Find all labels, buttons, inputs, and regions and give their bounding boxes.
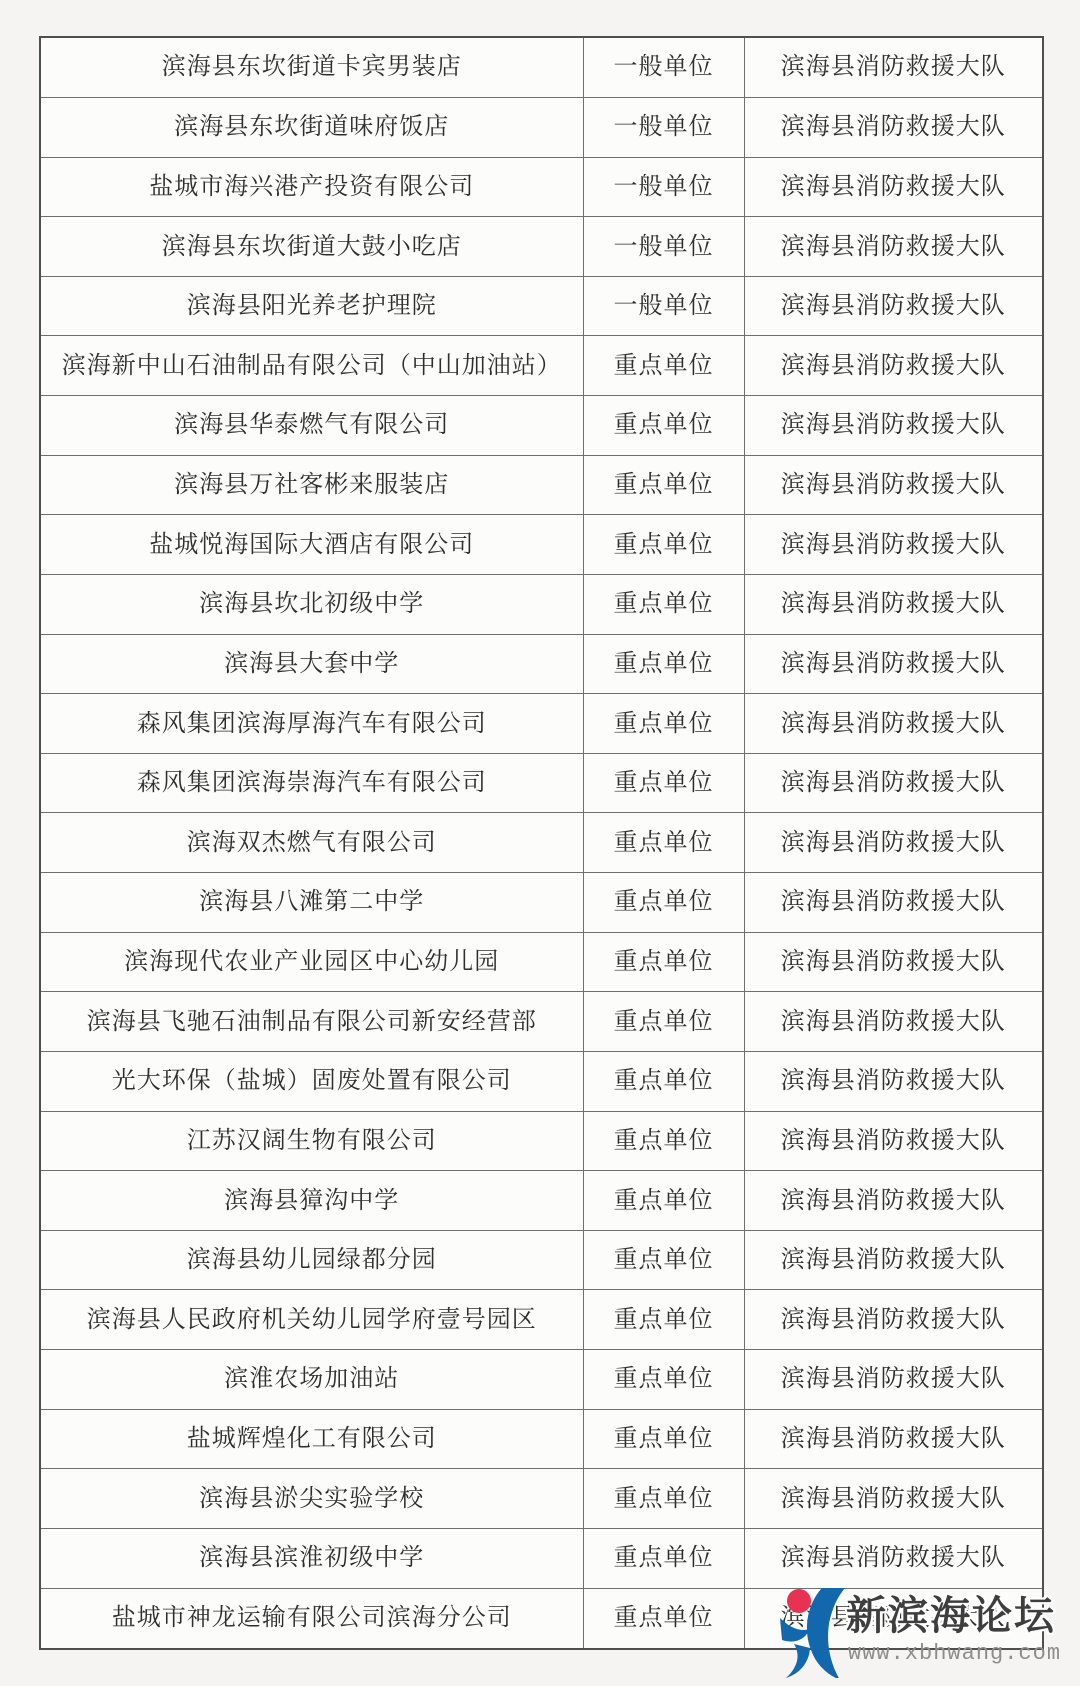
unit-type-cell: 重点单位 — [583, 455, 744, 515]
unit-name-cell: 滨海县坎北初级中学 — [40, 574, 583, 634]
unit-name-cell: 滨海县幼儿园绿都分园 — [40, 1230, 583, 1290]
unit-name-cell: 滨海新中山石油制品有限公司（中山加油站） — [40, 336, 583, 396]
table-row: 滨海县东坎街道卡宾男装店 一般单位 滨海县消防救援大队 — [40, 37, 1043, 97]
unit-name-cell: 光大环保（盐城）固废处置有限公司 — [40, 1051, 583, 1111]
table-row: 滨海现代农业产业园区中心幼儿园 重点单位 滨海县消防救援大队 — [40, 932, 1043, 992]
unit-type-cell: 重点单位 — [583, 1111, 744, 1171]
unit-name-cell: 滨海县飞驰石油制品有限公司新安经营部 — [40, 992, 583, 1052]
brigade-cell: 滨海县消防救援大队 — [744, 1409, 1043, 1469]
unit-name-cell: 滨海县大套中学 — [40, 634, 583, 694]
table-row: 滨淮农场加油站 重点单位 滨海县消防救援大队 — [40, 1350, 1043, 1410]
table-row: 滨海县东坎街道味府饭店 一般单位 滨海县消防救援大队 — [40, 97, 1043, 157]
unit-name-cell: 森风集团滨海崇海汽车有限公司 — [40, 753, 583, 813]
unit-name-cell: 滨海双杰燃气有限公司 — [40, 813, 583, 873]
unit-type-cell: 重点单位 — [583, 1051, 744, 1111]
unit-name-cell: 滨海县东坎街道卡宾男装店 — [40, 37, 583, 97]
brigade-cell: 滨海县消防救援大队 — [744, 1290, 1043, 1350]
brigade-cell: 滨海县消防救援大队 — [744, 1588, 1043, 1649]
brigade-cell: 滨海县消防救援大队 — [744, 574, 1043, 634]
document-page: 滨海县东坎街道卡宾男装店 一般单位 滨海县消防救援大队 滨海县东坎街道味府饭店 … — [0, 0, 1080, 1686]
unit-name-cell: 滨海县东坎街道大鼓小吃店 — [40, 217, 583, 277]
unit-type-cell: 重点单位 — [583, 1528, 744, 1588]
table-row: 滨海县大套中学 重点单位 滨海县消防救援大队 — [40, 634, 1043, 694]
table-row: 盐城辉煌化工有限公司 重点单位 滨海县消防救援大队 — [40, 1409, 1043, 1469]
unit-type-cell: 重点单位 — [583, 1588, 744, 1649]
unit-type-cell: 重点单位 — [583, 515, 744, 575]
unit-type-cell: 重点单位 — [583, 1290, 744, 1350]
brigade-cell: 滨海县消防救援大队 — [744, 932, 1043, 992]
brigade-cell: 滨海县消防救援大队 — [744, 1111, 1043, 1171]
table-row: 滨海县人民政府机关幼儿园学府壹号园区 重点单位 滨海县消防救援大队 — [40, 1290, 1043, 1350]
brigade-cell: 滨海县消防救援大队 — [744, 336, 1043, 396]
brigade-cell: 滨海县消防救援大队 — [744, 992, 1043, 1052]
unit-type-cell: 一般单位 — [583, 97, 744, 157]
unit-type-cell: 重点单位 — [583, 1409, 744, 1469]
unit-type-cell: 一般单位 — [583, 37, 744, 97]
brigade-cell: 滨海县消防救援大队 — [744, 1171, 1043, 1231]
unit-name-cell: 盐城悦海国际大酒店有限公司 — [40, 515, 583, 575]
table-row: 江苏汉阔生物有限公司 重点单位 滨海县消防救援大队 — [40, 1111, 1043, 1171]
brigade-cell: 滨海县消防救援大队 — [744, 1230, 1043, 1290]
unit-name-cell: 滨海县阳光养老护理院 — [40, 276, 583, 336]
brigade-cell: 滨海县消防救援大队 — [744, 1469, 1043, 1529]
unit-type-cell: 重点单位 — [583, 992, 744, 1052]
table-row: 盐城市海兴港产投资有限公司 一般单位 滨海县消防救援大队 — [40, 157, 1043, 217]
table-row: 滨海县獐沟中学 重点单位 滨海县消防救援大队 — [40, 1171, 1043, 1231]
unit-name-cell: 滨海县东坎街道味府饭店 — [40, 97, 583, 157]
unit-name-cell: 森风集团滨海厚海汽车有限公司 — [40, 694, 583, 754]
brigade-cell: 滨海县消防救援大队 — [744, 1350, 1043, 1410]
brigade-cell: 滨海县消防救援大队 — [744, 1528, 1043, 1588]
table-row: 滨海县东坎街道大鼓小吃店 一般单位 滨海县消防救援大队 — [40, 217, 1043, 277]
table-row: 盐城悦海国际大酒店有限公司 重点单位 滨海县消防救援大队 — [40, 515, 1043, 575]
unit-type-cell: 重点单位 — [583, 753, 744, 813]
table-row: 光大环保（盐城）固废处置有限公司 重点单位 滨海县消防救援大队 — [40, 1051, 1043, 1111]
unit-name-cell: 滨海县八滩第二中学 — [40, 873, 583, 933]
table-row: 森风集团滨海厚海汽车有限公司 重点单位 滨海县消防救援大队 — [40, 694, 1043, 754]
brigade-cell: 滨海县消防救援大队 — [744, 157, 1043, 217]
unit-name-cell: 盐城市海兴港产投资有限公司 — [40, 157, 583, 217]
units-table-body: 滨海县东坎街道卡宾男装店 一般单位 滨海县消防救援大队 滨海县东坎街道味府饭店 … — [40, 37, 1043, 1649]
unit-type-cell: 重点单位 — [583, 1469, 744, 1529]
unit-type-cell: 重点单位 — [583, 694, 744, 754]
brigade-cell: 滨海县消防救援大队 — [744, 217, 1043, 277]
brigade-cell: 滨海县消防救援大队 — [744, 396, 1043, 456]
unit-name-cell: 滨淮农场加油站 — [40, 1350, 583, 1410]
brigade-cell: 滨海县消防救援大队 — [744, 813, 1043, 873]
table-row: 滨海县八滩第二中学 重点单位 滨海县消防救援大队 — [40, 873, 1043, 933]
unit-type-cell: 重点单位 — [583, 396, 744, 456]
unit-type-cell: 一般单位 — [583, 157, 744, 217]
table-row: 滨海双杰燃气有限公司 重点单位 滨海县消防救援大队 — [40, 813, 1043, 873]
unit-name-cell: 江苏汉阔生物有限公司 — [40, 1111, 583, 1171]
unit-name-cell: 滨海县獐沟中学 — [40, 1171, 583, 1231]
brigade-cell: 滨海县消防救援大队 — [744, 455, 1043, 515]
unit-type-cell: 重点单位 — [583, 1350, 744, 1410]
unit-type-cell: 重点单位 — [583, 1171, 744, 1231]
brigade-cell: 滨海县消防救援大队 — [744, 97, 1043, 157]
table-row: 滨海县坎北初级中学 重点单位 滨海县消防救援大队 — [40, 574, 1043, 634]
unit-name-cell: 盐城辉煌化工有限公司 — [40, 1409, 583, 1469]
unit-type-cell: 重点单位 — [583, 634, 744, 694]
table-row: 滨海县淤尖实验学校 重点单位 滨海县消防救援大队 — [40, 1469, 1043, 1529]
table-row: 森风集团滨海崇海汽车有限公司 重点单位 滨海县消防救援大队 — [40, 753, 1043, 813]
unit-type-cell: 重点单位 — [583, 932, 744, 992]
unit-type-cell: 重点单位 — [583, 336, 744, 396]
table-row: 滨海县幼儿园绿都分园 重点单位 滨海县消防救援大队 — [40, 1230, 1043, 1290]
unit-name-cell: 滨海县人民政府机关幼儿园学府壹号园区 — [40, 1290, 583, 1350]
unit-name-cell: 滨海县华泰燃气有限公司 — [40, 396, 583, 456]
unit-type-cell: 重点单位 — [583, 1230, 744, 1290]
brigade-cell: 滨海县消防救援大队 — [744, 753, 1043, 813]
brigade-cell: 滨海县消防救援大队 — [744, 37, 1043, 97]
unit-type-cell: 一般单位 — [583, 276, 744, 336]
brigade-cell: 滨海县消防救援大队 — [744, 276, 1043, 336]
table-row: 盐城市神龙运输有限公司滨海分公司 重点单位 滨海县消防救援大队 — [40, 1588, 1043, 1649]
unit-type-cell: 重点单位 — [583, 873, 744, 933]
unit-name-cell: 滨海现代农业产业园区中心幼儿园 — [40, 932, 583, 992]
table-row: 滨海新中山石油制品有限公司（中山加油站） 重点单位 滨海县消防救援大队 — [40, 336, 1043, 396]
brigade-cell: 滨海县消防救援大队 — [744, 634, 1043, 694]
units-table: 滨海县东坎街道卡宾男装店 一般单位 滨海县消防救援大队 滨海县东坎街道味府饭店 … — [39, 36, 1044, 1650]
table-row: 滨海县阳光养老护理院 一般单位 滨海县消防救援大队 — [40, 276, 1043, 336]
table-row: 滨海县万社客彬来服装店 重点单位 滨海县消防救援大队 — [40, 455, 1043, 515]
table-row: 滨海县华泰燃气有限公司 重点单位 滨海县消防救援大队 — [40, 396, 1043, 456]
brigade-cell: 滨海县消防救援大队 — [744, 694, 1043, 754]
unit-name-cell: 盐城市神龙运输有限公司滨海分公司 — [40, 1588, 583, 1649]
unit-type-cell: 重点单位 — [583, 574, 744, 634]
brigade-cell: 滨海县消防救援大队 — [744, 1051, 1043, 1111]
table-row: 滨海县滨淮初级中学 重点单位 滨海县消防救援大队 — [40, 1528, 1043, 1588]
unit-type-cell: 一般单位 — [583, 217, 744, 277]
unit-name-cell: 滨海县淤尖实验学校 — [40, 1469, 583, 1529]
unit-name-cell: 滨海县滨淮初级中学 — [40, 1528, 583, 1588]
brigade-cell: 滨海县消防救援大队 — [744, 515, 1043, 575]
table-row: 滨海县飞驰石油制品有限公司新安经营部 重点单位 滨海县消防救援大队 — [40, 992, 1043, 1052]
brigade-cell: 滨海县消防救援大队 — [744, 873, 1043, 933]
unit-type-cell: 重点单位 — [583, 813, 744, 873]
unit-name-cell: 滨海县万社客彬来服装店 — [40, 455, 583, 515]
